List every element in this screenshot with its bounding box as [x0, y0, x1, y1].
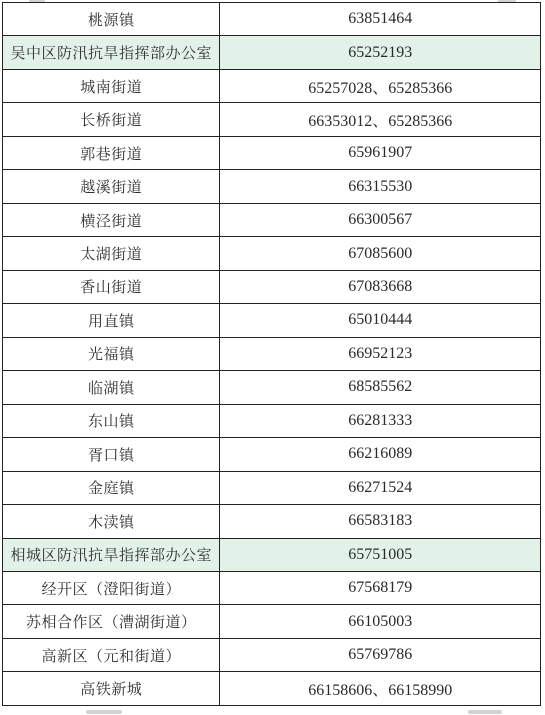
region-name: 城南街道	[3, 70, 219, 102]
region-name: 吴中区防汛抗旱指挥部办公室	[3, 36, 219, 68]
table-row: 长桥街道 66353012、65285366	[3, 102, 540, 135]
table-row: 香山街道 67083668	[3, 270, 540, 303]
table-row: 金庭镇 66271524	[3, 471, 540, 504]
table-row: 经开区（澄阳街道） 67568179	[3, 571, 540, 604]
phone-number: 67083668	[219, 271, 540, 303]
table-row: 用直镇 65010444	[3, 303, 540, 336]
phone-number: 66105003	[219, 605, 540, 637]
phone-number: 66300567	[219, 204, 540, 236]
region-name: 金庭镇	[3, 472, 219, 504]
table-row: 光福镇 66952123	[3, 337, 540, 370]
phone-number: 66583183	[219, 505, 540, 537]
phone-number: 66952123	[219, 338, 540, 370]
table-row: 高新区（元和街道） 65769786	[3, 638, 540, 671]
region-name: 相城区防汛抗旱指挥部办公室	[3, 539, 219, 571]
table-row: 太湖街道 67085600	[3, 236, 540, 269]
region-name: 光福镇	[3, 338, 219, 370]
table-row: 横泾街道 66300567	[3, 203, 540, 236]
region-name: 桃源镇	[3, 3, 219, 35]
table-row: 东山镇 66281333	[3, 404, 540, 437]
region-name: 用直镇	[3, 304, 219, 336]
table-row: 城南街道 65257028、65285366	[3, 69, 540, 102]
table-row: 苏相合作区（漕湖街道） 66105003	[3, 604, 540, 637]
table-row: 临湖镇 68585562	[3, 370, 540, 403]
table-row: 相城区防汛抗旱指挥部办公室 65751005	[3, 538, 540, 571]
phone-number: 66216089	[219, 438, 540, 470]
region-name: 东山镇	[3, 405, 219, 437]
page: 桃源镇 63851464 吴中区防汛抗旱指挥部办公室 65252193 城南街道…	[0, 0, 545, 715]
contact-table: 桃源镇 63851464 吴中区防汛抗旱指挥部办公室 65252193 城南街道…	[2, 2, 541, 706]
region-name: 越溪街道	[3, 170, 219, 202]
phone-number: 66271524	[219, 472, 540, 504]
table-row: 桃源镇 63851464	[3, 3, 540, 35]
crop-artifact-bottom-left	[86, 710, 122, 714]
phone-number: 65252193	[219, 36, 540, 68]
region-name: 太湖街道	[3, 237, 219, 269]
table-row: 郭巷街道 65961907	[3, 136, 540, 169]
region-name: 高铁新城	[3, 672, 219, 704]
phone-number: 66353012、65285366	[219, 103, 540, 135]
region-name: 郭巷街道	[3, 137, 219, 169]
phone-number: 65010444	[219, 304, 540, 336]
phone-number: 66281333	[219, 405, 540, 437]
table-row: 越溪街道 66315530	[3, 169, 540, 202]
phone-number: 67568179	[219, 572, 540, 604]
phone-number: 63851464	[219, 3, 540, 35]
phone-number: 66315530	[219, 170, 540, 202]
region-name: 胥口镇	[3, 438, 219, 470]
region-name: 临湖镇	[3, 371, 219, 403]
phone-number: 66158606、66158990	[219, 672, 540, 704]
region-name: 长桥街道	[3, 103, 219, 135]
crop-artifact-bottom-right	[468, 710, 502, 714]
region-name: 经开区（澄阳街道）	[3, 572, 219, 604]
table-row: 高铁新城 66158606、66158990	[3, 671, 540, 704]
phone-number: 68585562	[219, 371, 540, 403]
table-row: 胥口镇 66216089	[3, 437, 540, 470]
region-name: 苏相合作区（漕湖街道）	[3, 605, 219, 637]
region-name: 高新区（元和街道）	[3, 639, 219, 671]
phone-number: 65769786	[219, 639, 540, 671]
region-name: 香山街道	[3, 271, 219, 303]
region-name: 木渎镇	[3, 505, 219, 537]
table-row: 吴中区防汛抗旱指挥部办公室 65252193	[3, 35, 540, 68]
phone-number: 65961907	[219, 137, 540, 169]
region-name: 横泾街道	[3, 204, 219, 236]
phone-number: 65751005	[219, 539, 540, 571]
phone-number: 67085600	[219, 237, 540, 269]
table-row: 木渎镇 66583183	[3, 504, 540, 537]
phone-number: 65257028、65285366	[219, 70, 540, 102]
